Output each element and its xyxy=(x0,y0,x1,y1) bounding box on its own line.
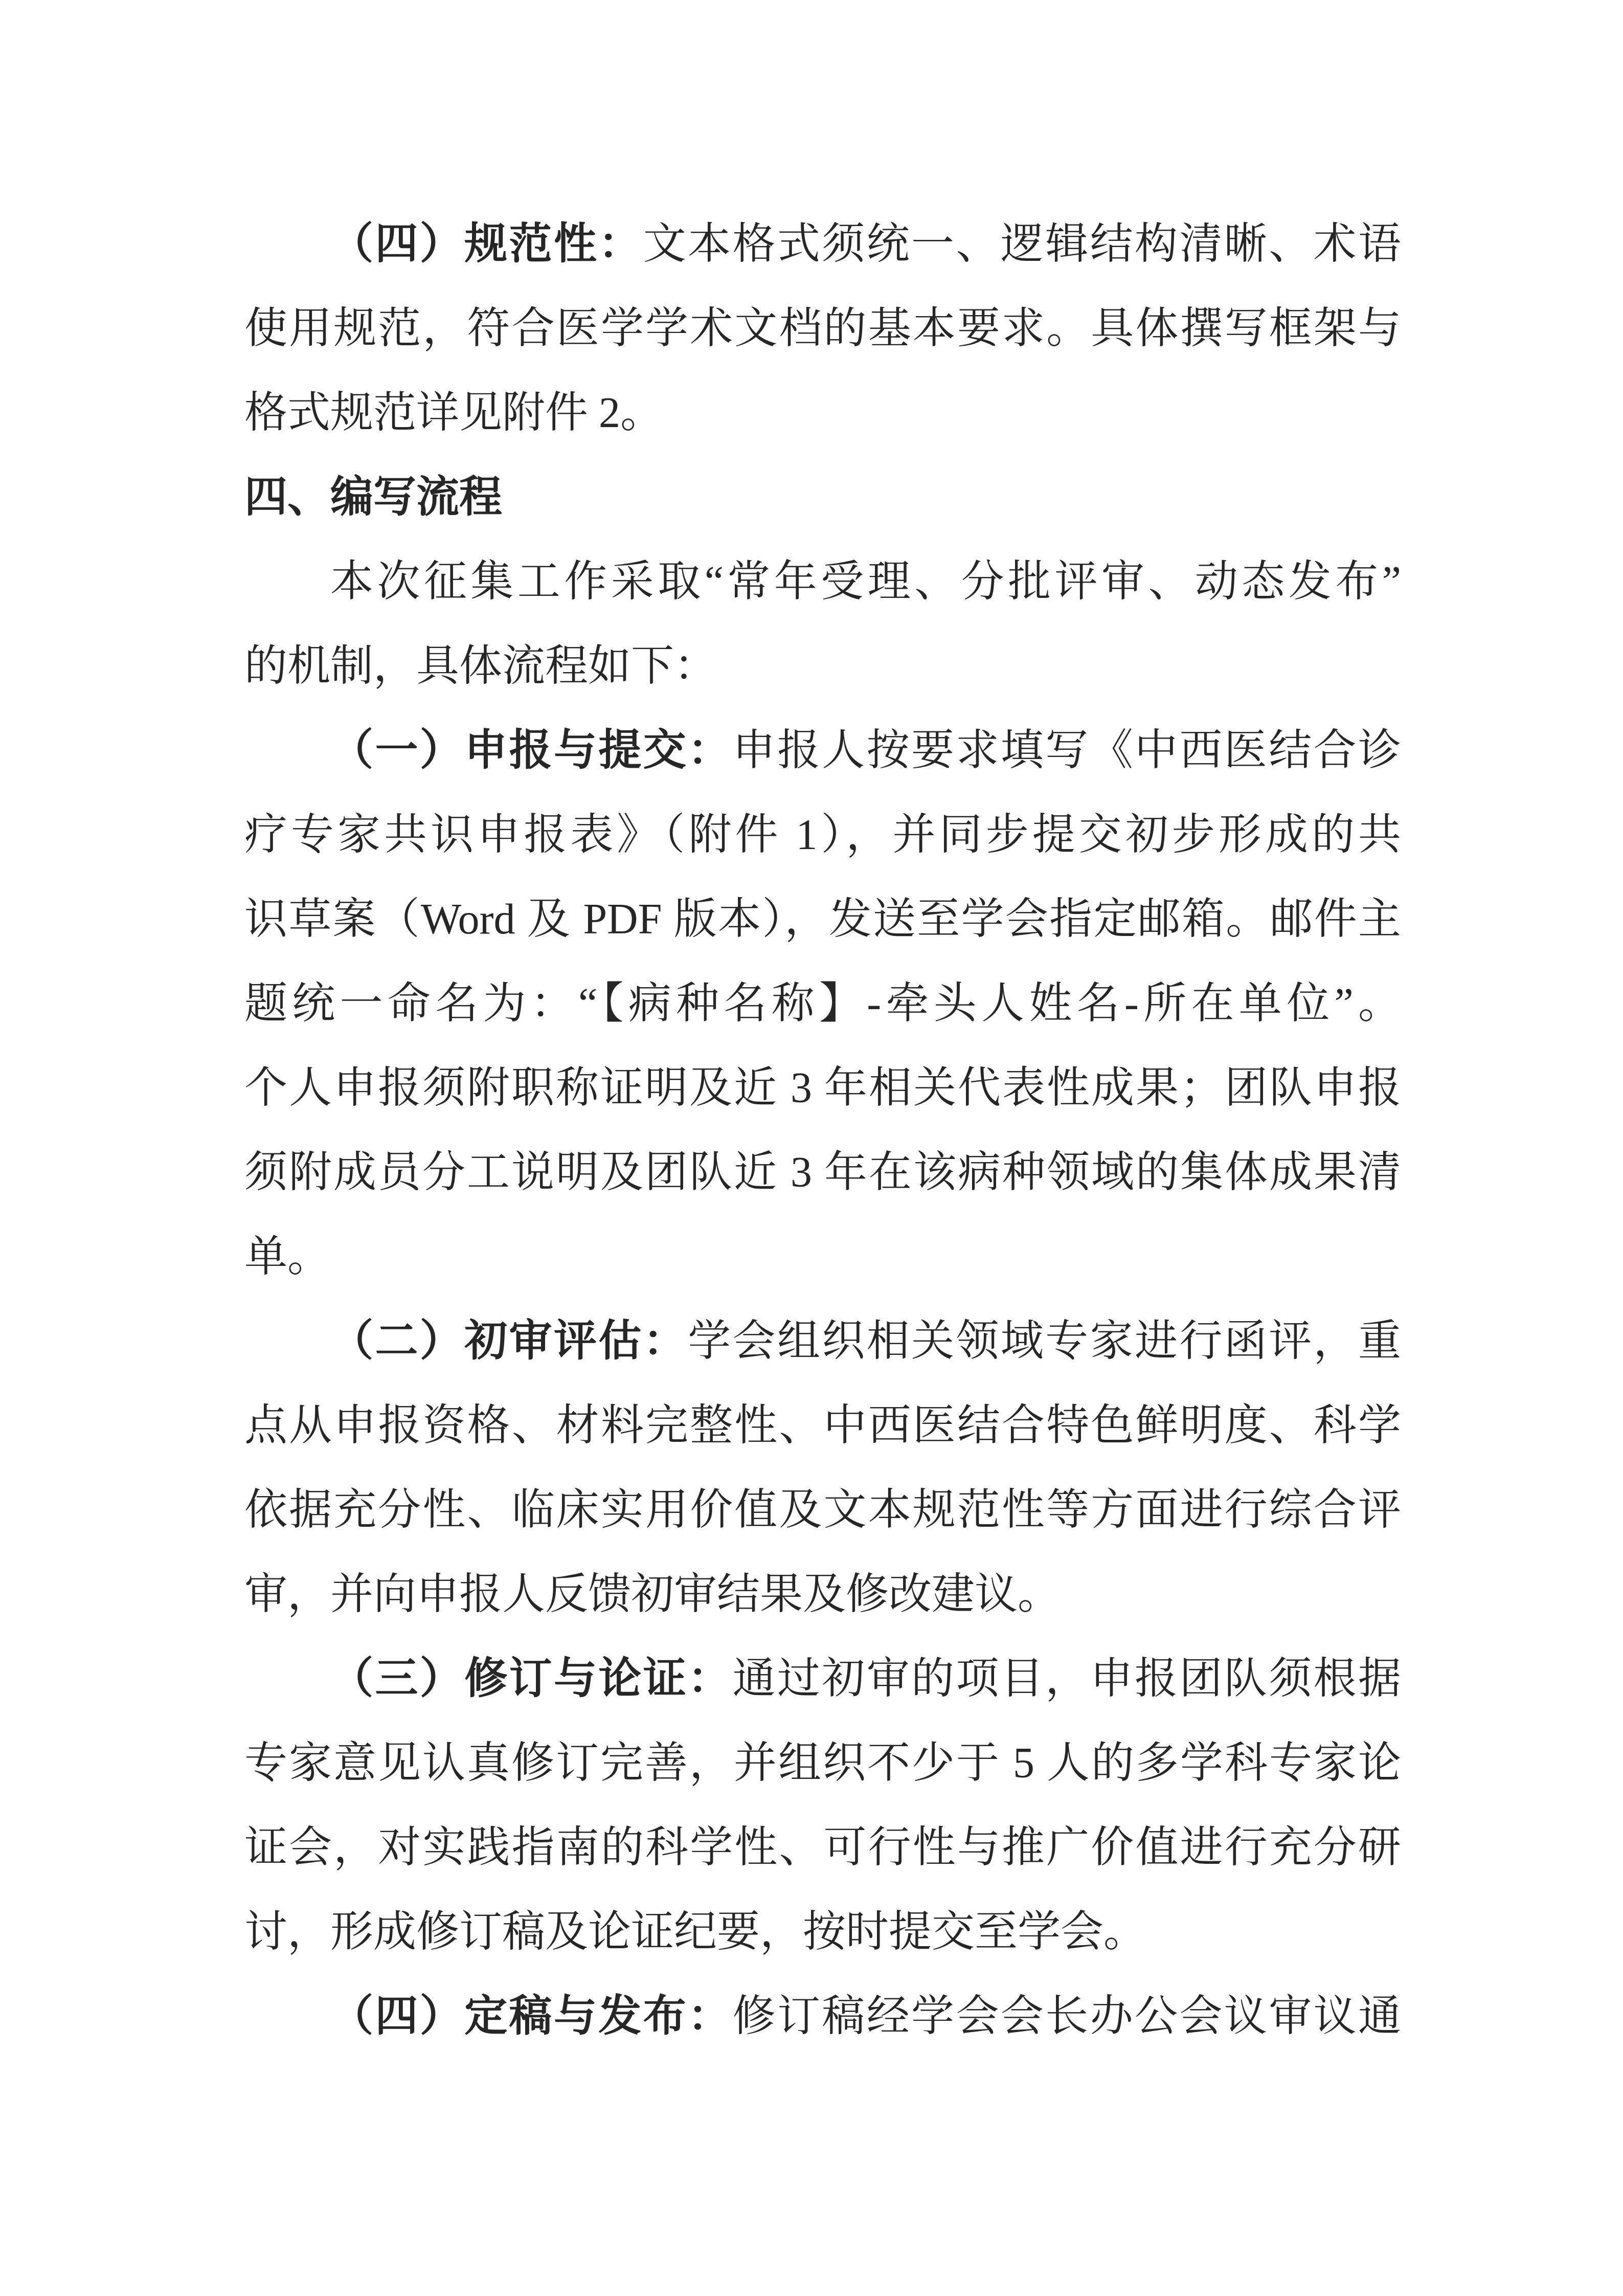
text-run: 须附成员分工说明及团队近 3 年在该病种领域的集体成果清 xyxy=(244,1149,1401,1196)
text-run: 点从申报资格、材料完整性、中西医结合特色鲜明度、科学 xyxy=(244,1402,1401,1450)
text-line: 的机制，具体流程如下： xyxy=(244,624,1401,708)
step-3-revision-and-demonstration: （三）修订与论证：通过初审的项目，申报团队须根据专家意见认真修订完善，并组织不少… xyxy=(244,1637,1401,1974)
text-line: 格式规范详见附件 2。 xyxy=(244,371,1401,455)
bold-label-run: （四）定稿与发布： xyxy=(330,1993,733,2040)
bold-label-run: （二）初审评估： xyxy=(330,1318,688,1365)
document-page: （四）规范性：文本格式须统一、逻辑结构清晰、术语使用规范，符合医学学术文档的基本… xyxy=(0,0,1623,2296)
text-line: （四）规范性：文本格式须统一、逻辑结构清晰、术语 xyxy=(244,202,1401,286)
text-line: 单。 xyxy=(244,1215,1401,1299)
text-line: 本次征集工作采取“常年受理、分批评审、动态发布” xyxy=(244,540,1401,624)
text-run: 个人申报须附职称证明及近 3 年相关代表性成果；团队申报 xyxy=(244,1064,1401,1112)
text-run: 单。 xyxy=(244,1233,330,1281)
step-4-finalization-and-release: （四）定稿与发布：修订稿经学会会长办公会议审议通 xyxy=(244,1974,1401,2059)
text-line: 审，并向申报人反馈初审结果及修改建议。 xyxy=(244,1552,1401,1637)
text-line: 讨，形成修订稿及论证纪要，按时提交至学会。 xyxy=(244,1890,1401,1974)
text-run: 通过初审的项目，申报团队须根据 xyxy=(733,1655,1401,1703)
text-run: 题统一命名为：“【病种名称】-牵头人姓名-所在单位”。 xyxy=(244,980,1401,1028)
clause-4-normativity: （四）规范性：文本格式须统一、逻辑结构清晰、术语使用规范，符合医学学术文档的基本… xyxy=(244,202,1401,455)
step-2-preliminary-review: （二）初审评估：学会组织相关领域专家进行函评，重点从申报资格、材料完整性、中西医… xyxy=(244,1299,1401,1637)
text-run: 识草案（Word 及 PDF 版本），发送至学会指定邮箱。邮件主 xyxy=(244,896,1401,943)
text-line: 专家意见认真修订完善，并组织不少于 5 人的多学科专家论 xyxy=(244,1721,1401,1805)
text-line: 疗专家共识申报表》（附件 1），并同步提交初步形成的共 xyxy=(244,793,1401,877)
text-run: 专家意见认真修订完善，并组织不少于 5 人的多学科专家论 xyxy=(244,1740,1401,1787)
intro-mechanism: 本次征集工作采取“常年受理、分批评审、动态发布”的机制，具体流程如下： xyxy=(244,540,1401,708)
text-run: 审，并向申报人反馈初审结果及修改建议。 xyxy=(244,1571,1061,1618)
text-line: 题统一命名为：“【病种名称】-牵头人姓名-所在单位”。 xyxy=(244,962,1401,1046)
text-line: 使用规范，符合医学学术文档的基本要求。具体撰写框架与 xyxy=(244,286,1401,371)
text-run: 证会，对实践指南的科学性、可行性与推广价值进行充分研 xyxy=(244,1824,1401,1871)
text-run: 疗专家共识申报表》（附件 1），并同步提交初步形成的共 xyxy=(244,811,1401,859)
text-line: （一）申报与提交：申报人按要求填写《中西医结合诊 xyxy=(244,708,1401,793)
bold-label-run: （一）申报与提交： xyxy=(330,727,733,774)
text-line: （二）初审评估：学会组织相关领域专家进行函评，重 xyxy=(244,1299,1401,1384)
text-line: 识草案（Word 及 PDF 版本），发送至学会指定邮箱。邮件主 xyxy=(244,877,1401,962)
bold-label-run: 四、编写流程 xyxy=(244,474,502,521)
section-4-heading: 四、编写流程 xyxy=(244,455,1401,540)
text-run: 修订稿经学会会长办公会议审议通 xyxy=(733,1993,1401,2040)
text-run: 申报人按要求填写《中西医结合诊 xyxy=(733,727,1401,774)
text-run: 本次征集工作采取“常年受理、分批评审、动态发布” xyxy=(330,558,1401,606)
text-line: 证会，对实践指南的科学性、可行性与推广价值进行充分研 xyxy=(244,1805,1401,1890)
text-line: 点从申报资格、材料完整性、中西医结合特色鲜明度、科学 xyxy=(244,1384,1401,1468)
text-line: 依据充分性、临床实用价值及文本规范性等方面进行综合评 xyxy=(244,1468,1401,1552)
text-line: （四）定稿与发布：修订稿经学会会长办公会议审议通 xyxy=(244,1974,1401,2059)
text-line: 四、编写流程 xyxy=(244,455,1401,540)
text-run: 文本格式须统一、逻辑结构清晰、术语 xyxy=(643,220,1401,268)
bold-label-run: （三）修订与论证： xyxy=(330,1655,733,1703)
text-run: 学会组织相关领域专家进行函评，重 xyxy=(688,1318,1401,1365)
text-run: 格式规范详见附件 2。 xyxy=(244,389,663,437)
text-run: 的机制，具体流程如下： xyxy=(244,642,717,690)
text-run: 依据充分性、临床实用价值及文本规范性等方面进行综合评 xyxy=(244,1486,1401,1534)
text-line: 个人申报须附职称证明及近 3 年相关代表性成果；团队申报 xyxy=(244,1046,1401,1130)
step-1-application-and-submission: （一）申报与提交：申报人按要求填写《中西医结合诊疗专家共识申报表》（附件 1），… xyxy=(244,708,1401,1299)
text-line: 须附成员分工说明及团队近 3 年在该病种领域的集体成果清 xyxy=(244,1130,1401,1215)
document-body: （四）规范性：文本格式须统一、逻辑结构清晰、术语使用规范，符合医学学术文档的基本… xyxy=(244,202,1401,2059)
text-run: 讨，形成修订稿及论证纪要，按时提交至学会。 xyxy=(244,1908,1146,1956)
bold-label-run: （四）规范性： xyxy=(330,220,643,268)
text-run: 使用规范，符合医学学术文档的基本要求。具体撰写框架与 xyxy=(244,305,1401,352)
text-line: （三）修订与论证：通过初审的项目，申报团队须根据 xyxy=(244,1637,1401,1721)
